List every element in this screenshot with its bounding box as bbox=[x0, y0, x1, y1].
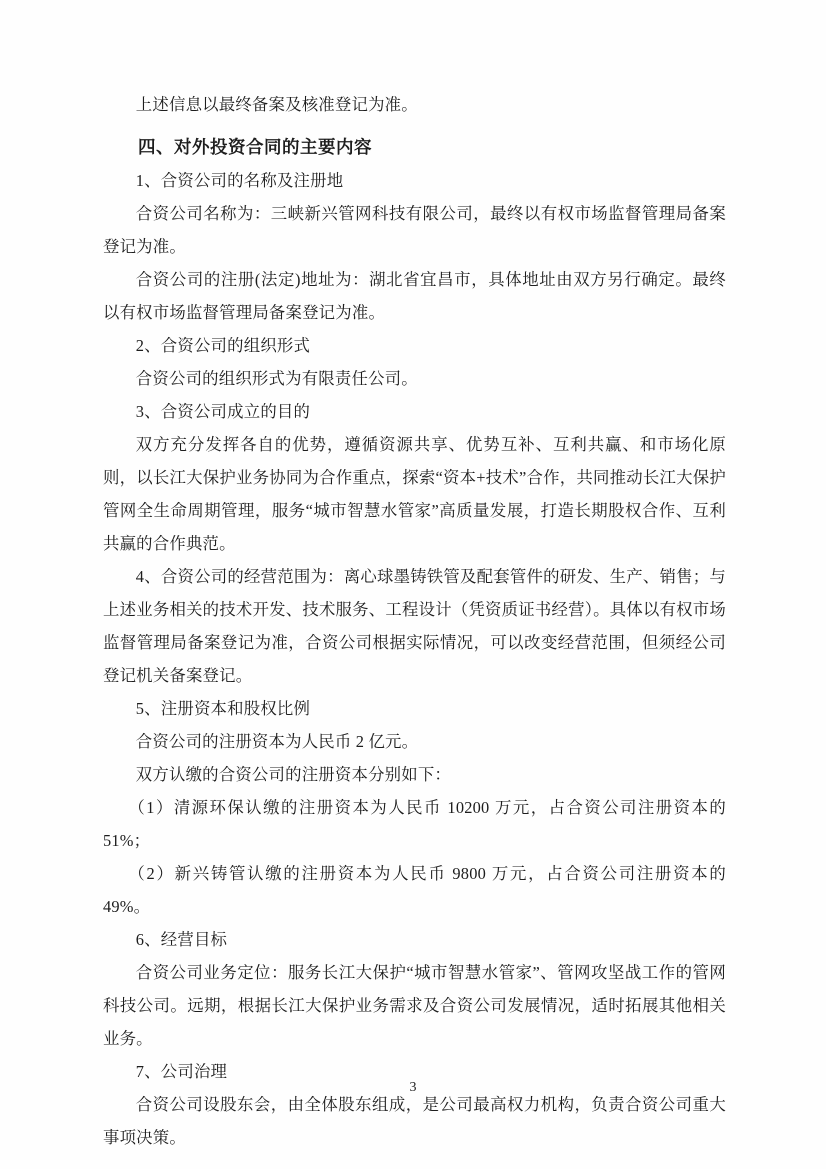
document-body: 上述信息以最终备案及核准登记为准。四、对外投资合同的主要内容1、合资公司的名称及… bbox=[103, 88, 726, 1154]
paragraph: （2）新兴铸管认缴的注册资本为人民币 9800 万元，占合资公司注册资本的 49… bbox=[103, 857, 726, 923]
document-page: 上述信息以最终备案及核准登记为准。四、对外投资合同的主要内容1、合资公司的名称及… bbox=[0, 0, 826, 1169]
paragraph: 4、合资公司的经营范围为：离心球墨铸铁管及配套管件的研发、生产、销售；与上述业务… bbox=[103, 560, 726, 692]
paragraph: 5、注册资本和股权比例 bbox=[103, 692, 726, 725]
paragraph: 上述信息以最终备案及核准登记为准。 bbox=[103, 88, 726, 121]
paragraph: 1、合资公司的名称及注册地 bbox=[103, 164, 726, 197]
paragraph: 合资公司的组织形式为有限责任公司。 bbox=[103, 362, 726, 395]
paragraph: 合资公司设股东会，由全体股东组成，是公司最高权力机构，负责合资公司重大事项决策。 bbox=[103, 1088, 726, 1154]
paragraph: 3、合资公司成立的目的 bbox=[103, 395, 726, 428]
paragraph: （1）清源环保认缴的注册资本为人民币 10200 万元，占合资公司注册资本的 5… bbox=[103, 791, 726, 857]
paragraph: 合资公司业务定位：服务长江大保护“城市智慧水管家”、管网攻坚战工作的管网科技公司… bbox=[103, 956, 726, 1055]
paragraph: 合资公司的注册(法定)地址为：湖北省宜昌市，具体地址由双方另行确定。最终以有权市… bbox=[103, 263, 726, 329]
paragraph: 6、经营目标 bbox=[103, 923, 726, 956]
paragraph: 双方充分发挥各自的优势，遵循资源共享、优势互补、互利共赢、和市场化原则，以长江大… bbox=[103, 428, 726, 560]
page-number: 3 bbox=[0, 1080, 826, 1096]
paragraph: 双方认缴的合资公司的注册资本分别如下： bbox=[103, 758, 726, 791]
paragraph: 2、合资公司的组织形式 bbox=[103, 329, 726, 362]
paragraph: 合资公司名称为：三峡新兴管网科技有限公司，最终以有权市场监督管理局备案登记为准。 bbox=[103, 197, 726, 263]
section-heading: 四、对外投资合同的主要内容 bbox=[103, 131, 726, 164]
paragraph: 合资公司的注册资本为人民币 2 亿元。 bbox=[103, 725, 726, 758]
